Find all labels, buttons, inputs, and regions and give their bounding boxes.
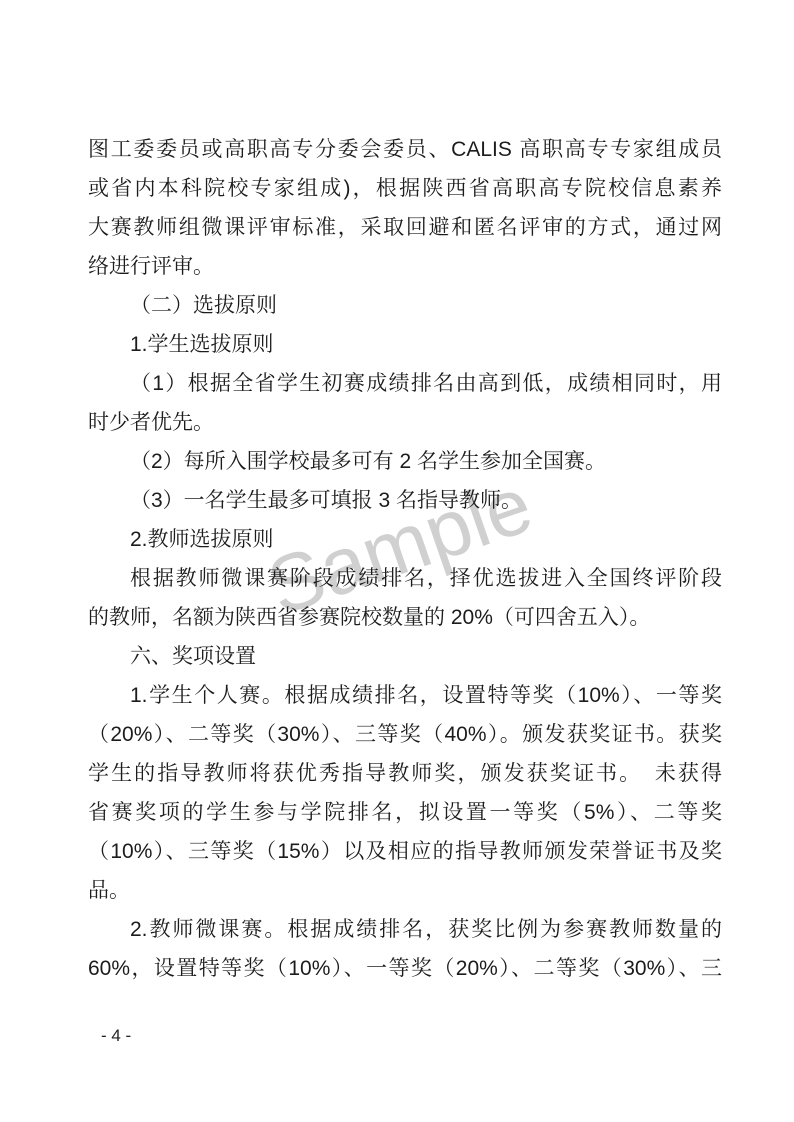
- text-line: （10%）、三等奖（15%）以及相应的指导教师颁发荣誉证书及奖: [88, 832, 722, 871]
- text-line: 时少者优先。: [88, 403, 722, 442]
- text-line: 省赛奖项的学生参与学院排名，拟设置一等奖（5%）、二等奖: [88, 793, 722, 832]
- text-line: 1.学生选拔原则: [88, 325, 722, 364]
- text-line: 学生的指导教师将获优秀指导教师奖，颁发获奖证书。 未获得: [88, 754, 722, 793]
- text-line: 大赛教师组微课评审标准，采取回避和匿名评审的方式，通过网: [88, 208, 722, 247]
- text-line: 2.教师选拔原则: [88, 520, 722, 559]
- text-line: （20%）、二等奖（30%）、三等奖（40%）。颁发获奖证书。获奖: [88, 715, 722, 754]
- text-line: （3）一名学生最多可填报 3 名指导教师。: [88, 481, 722, 520]
- text-line: 2.教师微课赛。根据成绩排名，获奖比例为参赛教师数量的: [88, 910, 722, 949]
- text-line: 六、奖项设置: [88, 637, 722, 676]
- text-line: 60%，设置特等奖（10%）、一等奖（20%）、二等奖（30%）、三: [88, 949, 722, 988]
- text-line: 或省内本科院校专家组成)，根据陕西省高职高专院校信息素养: [88, 169, 722, 208]
- text-line: （2）每所入围学校最多可有 2 名学生参加全国赛。: [88, 442, 722, 481]
- text-line: 品。: [88, 871, 722, 910]
- text-line: 1.学生个人赛。根据成绩排名，设置特等奖（10%）、一等奖: [88, 676, 722, 715]
- text-line: 的教师，名额为陕西省参赛院校数量的 20%（可四舍五入）。: [88, 598, 722, 637]
- text-line: （1）根据全省学生初赛成绩排名由高到低，成绩相同时，用: [88, 364, 722, 403]
- text-line: 图工委委员或高职高专分委会委员、CALIS 高职高专专家组成员: [88, 130, 722, 169]
- document-body: 图工委委员或高职高专分委会委员、CALIS 高职高专专家组成员或省内本科院校专家…: [88, 130, 722, 988]
- document-page: Sample 图工委委员或高职高专分委会委员、CALIS 高职高专专家组成员或省…: [0, 0, 794, 1122]
- text-line: 络进行评审。: [88, 247, 722, 286]
- text-line: 根据教师微课赛阶段成绩排名，择优选拔进入全国终评阶段: [88, 559, 722, 598]
- text-line: （二）选拔原则: [88, 286, 722, 325]
- page-number: - 4 -: [101, 1026, 131, 1046]
